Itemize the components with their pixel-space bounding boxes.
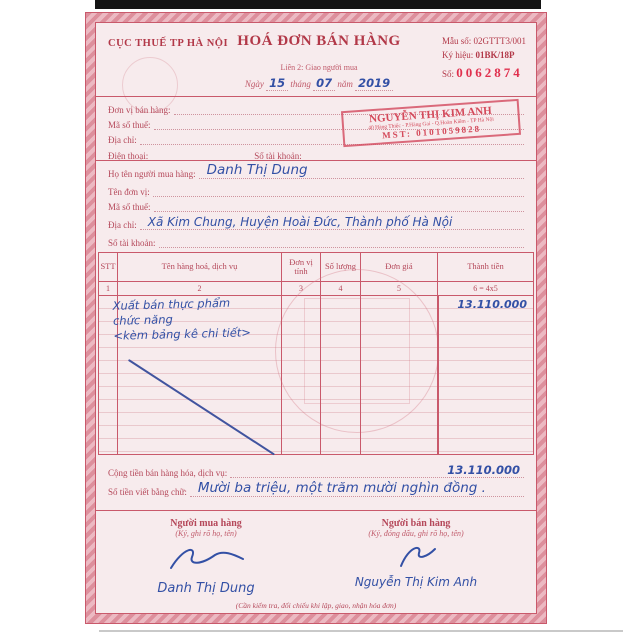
buyer-signed-name: Danh Thị Dung bbox=[116, 581, 296, 596]
col-header-unit: Đơn vị tính bbox=[282, 253, 321, 281]
buyer-unit-row: Tên đơn vị: bbox=[108, 185, 524, 197]
seller-signature-block: Người bán hàng (Ký, đóng dấu, ghi rõ họ,… bbox=[311, 518, 521, 589]
buyer-taxcode-row: Mã số thuế: bbox=[108, 200, 524, 212]
total-amount-field: 13.110.000 bbox=[230, 466, 524, 478]
section-divider bbox=[96, 510, 536, 511]
invoice-number-value: 0062874 bbox=[456, 65, 523, 80]
date-year-label: năm bbox=[337, 79, 353, 89]
col-index: 1 bbox=[99, 282, 118, 295]
buyer-address-handwritten: Xã Kim Chung, Huyện Hoài Đức, Thành phố … bbox=[148, 215, 453, 229]
verification-footer-note: (Cần kiểm tra, đối chiếu khi lập, giao, … bbox=[96, 601, 536, 610]
item-description-handwritten: Xuất bán thực phẩm chức năng <kèm bảng k… bbox=[112, 295, 251, 344]
invoice-title: HOÁ ĐƠN BÁN HÀNG bbox=[214, 33, 424, 50]
buyer-signature-title: Người mua hàng bbox=[116, 518, 296, 529]
col-header-stt: STT bbox=[99, 253, 118, 281]
seller-taxcode-label: Mã số thuế: bbox=[108, 120, 154, 130]
buyer-address-label: Địa chỉ: bbox=[108, 220, 140, 230]
buyer-unit-label: Tên đơn vị: bbox=[108, 187, 153, 197]
seller-unit-label: Đơn vị bán hàng: bbox=[108, 105, 174, 115]
seller-signature-title: Người bán hàng bbox=[311, 518, 521, 529]
invoice-copy-line: Liên 2: Giao người mua bbox=[214, 63, 424, 72]
date-month-handwritten: 07 bbox=[313, 76, 335, 91]
invoice-number-label: Số: bbox=[442, 69, 454, 79]
buyer-account-label: Số tài khoản: bbox=[108, 238, 159, 248]
amount-in-words-handwritten: Mười ba triệu, một trăm mười nghìn đồng … bbox=[198, 480, 486, 496]
buyer-name-field: Danh Thị Dung bbox=[199, 167, 524, 179]
buyer-taxcode-field bbox=[154, 200, 525, 212]
date-year-handwritten: 2019 bbox=[355, 76, 393, 91]
serial-label: Ký hiệu: bbox=[442, 50, 473, 60]
total-amount-handwritten: 13.110.000 bbox=[447, 463, 520, 477]
amount-in-words-label: Số tiền viết bằng chữ: bbox=[108, 487, 190, 497]
table-column bbox=[282, 296, 321, 455]
col-header-description: Tên hàng hoá, dịch vụ bbox=[118, 253, 282, 281]
serial-line: Ký hiệu: 01BK/18P bbox=[442, 49, 526, 63]
scan-artifact-bottom-line bbox=[99, 630, 623, 632]
buyer-taxcode-label: Mã số thuế: bbox=[108, 202, 154, 212]
invoice-document: CỤC THUẾ TP HÀ NỘI HOÁ ĐƠN BÁN HÀNG Liên… bbox=[85, 12, 547, 624]
total-amount-label: Cộng tiền bán hàng hóa, dịch vụ: bbox=[108, 468, 230, 478]
form-number-value: 02GTTT3/001 bbox=[474, 36, 527, 46]
buyer-signature-block: Người mua hàng (Ký, ghi rõ họ, tên) Danh… bbox=[116, 518, 296, 596]
scanned-invoice-page: CỤC THUẾ TP HÀ NỘI HOÁ ĐƠN BÁN HÀNG Liên… bbox=[0, 0, 635, 635]
col-index: 2 bbox=[118, 282, 282, 295]
buyer-name-label: Họ tên người mua hàng: bbox=[108, 169, 199, 179]
invoice-paper: CỤC THUẾ TP HÀ NỘI HOÁ ĐƠN BÁN HÀNG Liên… bbox=[95, 22, 537, 614]
serial-value: 01BK/18P bbox=[476, 50, 515, 60]
amount-in-words-row: Số tiền viết bằng chữ: Mười ba triệu, mộ… bbox=[108, 485, 524, 497]
date-prefix: Ngày bbox=[245, 79, 264, 89]
table-body: Xuất bán thực phẩm chức năng <kèm bảng k… bbox=[99, 296, 533, 455]
item-amount-handwritten: 13.110.000 bbox=[457, 298, 527, 311]
tax-office-name: CỤC THUẾ TP HÀ NỘI bbox=[108, 38, 228, 49]
total-amount-row: Cộng tiền bán hàng hóa, dịch vụ: 13.110.… bbox=[108, 466, 524, 478]
scan-artifact-top-bar bbox=[95, 0, 541, 9]
seller-signature bbox=[389, 542, 443, 570]
seller-address-label: Địa chỉ: bbox=[108, 135, 140, 145]
buyer-address-field: Xã Kim Chung, Huyện Hoài Đức, Thành phố … bbox=[140, 218, 524, 230]
buyer-account-row: Số tài khoản: bbox=[108, 236, 524, 248]
buyer-unit-field bbox=[153, 185, 524, 197]
seller-signature-note: (Ký, đóng dấu, ghi rõ họ, tên) bbox=[311, 529, 521, 538]
buyer-name-handwritten: Danh Thị Dung bbox=[207, 162, 308, 178]
invoice-meta-block: Mẫu số: 02GTTT3/001 Ký hiệu: 01BK/18P Số… bbox=[442, 35, 526, 83]
section-divider bbox=[96, 160, 536, 161]
table-column bbox=[361, 296, 438, 455]
seller-signed-name: Nguyễn Thị Kim Anh bbox=[311, 575, 521, 589]
date-day-handwritten: 15 bbox=[266, 76, 288, 91]
table-column bbox=[438, 296, 439, 455]
items-table: STT Tên hàng hoá, dịch vụ Đơn vị tính Số… bbox=[98, 252, 534, 455]
buyer-signature-note: (Ký, ghi rõ họ, tên) bbox=[116, 529, 296, 538]
amount-in-words-field: Mười ba triệu, một trăm mười nghìn đồng … bbox=[190, 485, 524, 497]
date-month-label: tháng bbox=[290, 79, 311, 89]
form-number-label: Mẫu số: bbox=[442, 36, 471, 46]
buyer-name-row: Họ tên người mua hàng: Danh Thị Dung bbox=[108, 167, 524, 179]
invoice-number-line: Số: 0062874 bbox=[442, 63, 526, 83]
buyer-signature bbox=[161, 544, 251, 576]
buyer-account-field bbox=[159, 236, 525, 248]
buyer-address-row: Địa chỉ: Xã Kim Chung, Huyện Hoài Đức, T… bbox=[108, 218, 524, 230]
invoice-date-line: Ngày 15 tháng 07 năm 2019 bbox=[214, 76, 424, 90]
col-index: 6 = 4x5 bbox=[438, 282, 533, 295]
col-header-amount: Thành tiền bbox=[438, 253, 533, 281]
section-divider bbox=[96, 96, 536, 97]
table-header-row: STT Tên hàng hoá, dịch vụ Đơn vị tính Số… bbox=[99, 253, 533, 282]
table-column bbox=[321, 296, 361, 455]
invoice-title-block: HOÁ ĐƠN BÁN HÀNG Liên 2: Giao người mua … bbox=[214, 33, 424, 90]
form-number-line: Mẫu số: 02GTTT3/001 bbox=[442, 35, 526, 49]
